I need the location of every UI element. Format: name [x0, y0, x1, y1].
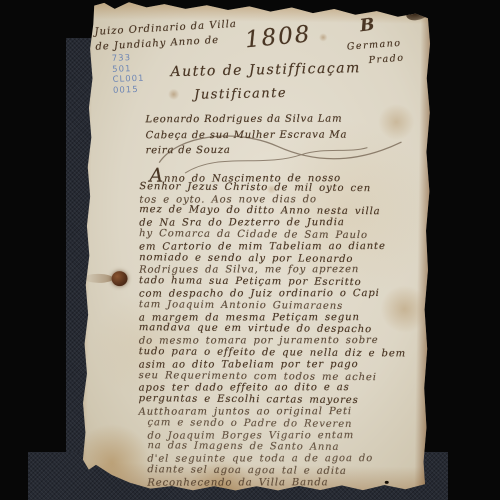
- manuscript-page: Juizo Ordinario da Villa de Jundiahy Ann…: [73, 0, 434, 496]
- rust-fastener: [111, 271, 127, 286]
- header-inscription: Juizo Ordinario da Villa de Jundiahy Ann…: [94, 17, 238, 55]
- body-text-line: tam Joaquim Antonio Guimaraens: [139, 299, 409, 313]
- archival-code: 733501CL0010015: [112, 53, 145, 96]
- body-text: Anno do Nascimento de nossoSenhor Jezus …: [138, 170, 409, 489]
- body-text-line: em Cartorio de mim Tabeliam ao diante: [139, 241, 409, 254]
- body-text-line: Senhor Jezus Christo de mil oyto cen: [139, 181, 409, 195]
- body-text-line: Reconhecendo da Villa Banda: [147, 477, 408, 489]
- clerk-rubric: B: [359, 15, 376, 37]
- document-title-line1: Autto de Justifficaçam: [170, 60, 361, 80]
- year-1808: 1808: [244, 21, 313, 53]
- clerk-signature-line1: Germano: [347, 38, 402, 53]
- archival-code-line: CL001: [112, 74, 144, 86]
- rust-smudge: [83, 274, 113, 283]
- clerk-signature-line2: Prado: [368, 53, 405, 67]
- archival-code-line: 0015: [113, 84, 145, 96]
- body-text-line: çam e sendo o Padre do Reveren: [147, 417, 408, 431]
- body-text-line: diante sel agoa agoa tal e adita: [147, 464, 408, 478]
- body-text-line: asim ao dito Tabeliam por ter pago: [139, 359, 409, 372]
- ink-blot: [403, 0, 435, 23]
- photo-background: Juizo Ordinario da Villa de Jundiahy Ann…: [0, 0, 500, 500]
- document-title-line2: Justificante: [194, 86, 287, 103]
